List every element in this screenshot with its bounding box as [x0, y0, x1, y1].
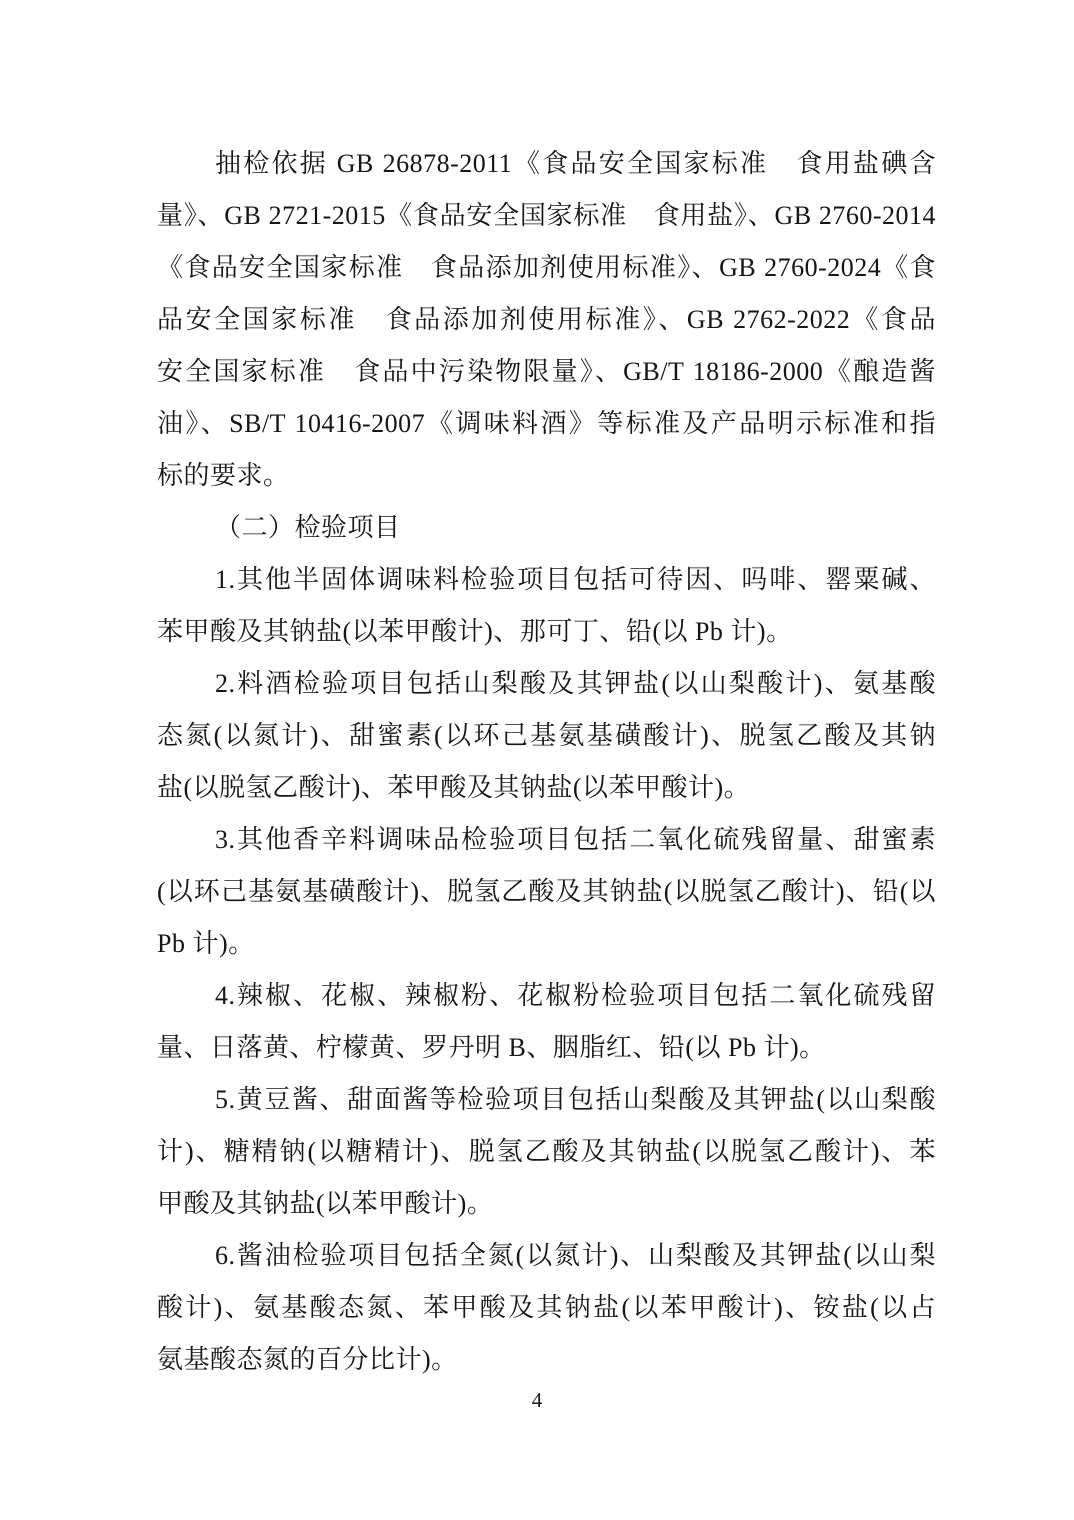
text-line: 量、日落黄、柠檬黄、罗丹明 B、胭脂红、铅(以 Pb 计)。 — [157, 1022, 936, 1074]
text-line: 抽检依据 GB 26878-2011《食品安全国家标准 食用盐碘含 — [157, 138, 936, 190]
text-line: 《食品安全国家标准 食品添加剂使用标准》、GB 2760-2024《食 — [157, 242, 936, 294]
paragraph: （二）检验项目 — [157, 502, 936, 554]
text-line: 苯甲酸及其钠盐(以苯甲酸计)、那可丁、铅(以 Pb 计)。 — [157, 606, 936, 658]
paragraph: 3.其他香辛料调味品检验项目包括二氧化硫残留量、甜蜜素(以环己基氨基磺酸计)、脱… — [157, 814, 936, 970]
text-line: 6.酱油检验项目包括全氮(以氮计)、山梨酸及其钾盐(以山梨 — [157, 1230, 936, 1282]
paragraph: 6.酱油检验项目包括全氮(以氮计)、山梨酸及其钾盐(以山梨酸计)、氨基酸态氮、苯… — [157, 1230, 936, 1386]
text-line: 油》、SB/T 10416-2007《调味料酒》等标准及产品明示标准和指 — [157, 398, 936, 450]
text-line: 品安全国家标准 食品添加剂使用标准》、GB 2762-2022《食品 — [157, 294, 936, 346]
text-line: 5.黄豆酱、甜面酱等检验项目包括山梨酸及其钾盐(以山梨酸 — [157, 1074, 936, 1126]
text-line: 标的要求。 — [157, 450, 936, 502]
text-line: Pb 计)。 — [157, 918, 936, 970]
text-line: 4.辣椒、花椒、辣椒粉、花椒粉检验项目包括二氧化硫残留 — [157, 970, 936, 1022]
text-line: 量》、GB 2721-2015《食品安全国家标准 食用盐》、GB 2760-20… — [157, 190, 936, 242]
text-line: 态氮(以氮计)、甜蜜素(以环己基氨基磺酸计)、脱氢乙酸及其钠 — [157, 710, 936, 762]
paragraph: 2.料酒检验项目包括山梨酸及其钾盐(以山梨酸计)、氨基酸态氮(以氮计)、甜蜜素(… — [157, 658, 936, 814]
text-line: 安全国家标准 食品中污染物限量》、GB/T 18186-2000《酿造酱 — [157, 346, 936, 398]
text-line: 盐(以脱氢乙酸计)、苯甲酸及其钠盐(以苯甲酸计)。 — [157, 762, 936, 814]
text-line: 2.料酒检验项目包括山梨酸及其钾盐(以山梨酸计)、氨基酸 — [157, 658, 936, 710]
paragraph: 抽检依据 GB 26878-2011《食品安全国家标准 食用盐碘含量》、GB 2… — [157, 138, 936, 502]
paragraph: 4.辣椒、花椒、辣椒粉、花椒粉检验项目包括二氧化硫残留量、日落黄、柠檬黄、罗丹明… — [157, 970, 936, 1074]
document-body: 抽检依据 GB 26878-2011《食品安全国家标准 食用盐碘含量》、GB 2… — [157, 138, 936, 1386]
text-line: 酸计)、氨基酸态氮、苯甲酸及其钠盐(以苯甲酸计)、铵盐(以占 — [157, 1282, 936, 1334]
text-line: 计)、糖精钠(以糖精计)、脱氢乙酸及其钠盐(以脱氢乙酸计)、苯 — [157, 1126, 936, 1178]
text-line: 甲酸及其钠盐(以苯甲酸计)。 — [157, 1178, 936, 1230]
text-line: 3.其他香辛料调味品检验项目包括二氧化硫残留量、甜蜜素 — [157, 814, 936, 866]
page-number: 4 — [0, 1388, 1074, 1412]
document-page: 抽检依据 GB 26878-2011《食品安全国家标准 食用盐碘含量》、GB 2… — [0, 0, 1074, 1520]
text-line: （二）检验项目 — [157, 502, 936, 554]
paragraph: 1.其他半固体调味料检验项目包括可待因、吗啡、罂粟碱、苯甲酸及其钠盐(以苯甲酸计… — [157, 554, 936, 658]
text-line: 1.其他半固体调味料检验项目包括可待因、吗啡、罂粟碱、 — [157, 554, 936, 606]
text-line: 氨基酸态氮的百分比计)。 — [157, 1334, 936, 1386]
paragraph: 5.黄豆酱、甜面酱等检验项目包括山梨酸及其钾盐(以山梨酸计)、糖精钠(以糖精计)… — [157, 1074, 936, 1230]
text-line: (以环己基氨基磺酸计)、脱氢乙酸及其钠盐(以脱氢乙酸计)、铅(以 — [157, 866, 936, 918]
